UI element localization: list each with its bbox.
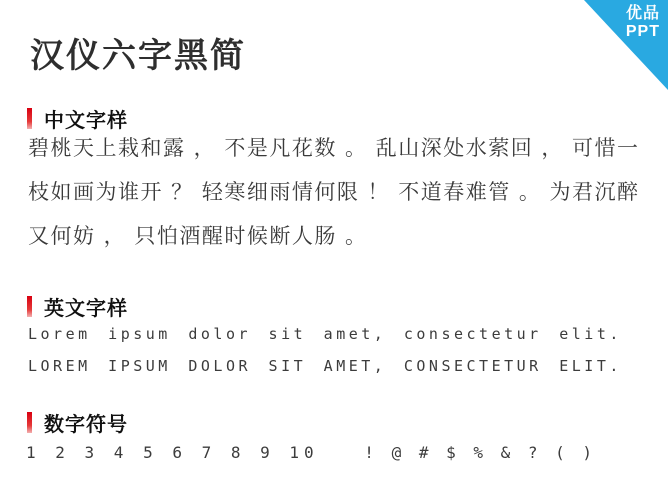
font-name-title: 汉仪六字黑简 bbox=[30, 28, 246, 77]
section-heading-numbers: 数字符号 bbox=[44, 408, 128, 437]
font-preview-page: 优品 PPT 汉仪六字黑简 中文字样 碧桃天上栽和露 ， 不是凡花数 。 乱山深… bbox=[0, 0, 668, 501]
corner-ribbon: 优品 PPT bbox=[584, 0, 668, 90]
chinese-sample-text: 碧桃天上栽和露 ， 不是凡花数 。 乱山深处水萦回 ， 可惜一枝如画为谁开 ？ … bbox=[28, 126, 656, 258]
red-bar-icon bbox=[27, 412, 32, 433]
brand-line1: 优品 bbox=[626, 5, 660, 23]
section-heading-english: 英文字样 bbox=[44, 292, 128, 321]
red-bar-icon bbox=[27, 296, 32, 317]
english-sample-uppercase: LOREM IPSUM DOLOR SIT AMET, CONSECTETUR … bbox=[28, 357, 622, 375]
section-header-numbers: 数字符号 bbox=[27, 408, 128, 437]
symbols-sample: ! @ # $ % & ? ( ) bbox=[364, 443, 596, 462]
english-sample-lowercase: Lorem ipsum dolor sit amet, consectetur … bbox=[28, 325, 622, 343]
brand-line2: PPT bbox=[626, 23, 660, 41]
section-header-english: 英文字样 bbox=[27, 292, 128, 321]
numbers-symbols-row: 1 2 3 4 5 6 7 8 9 10 ! @ # $ % & ? ( ) bbox=[26, 443, 596, 462]
brand-logo: 优品 PPT bbox=[626, 5, 660, 41]
digits-sample: 1 2 3 4 5 6 7 8 9 10 bbox=[26, 443, 319, 462]
